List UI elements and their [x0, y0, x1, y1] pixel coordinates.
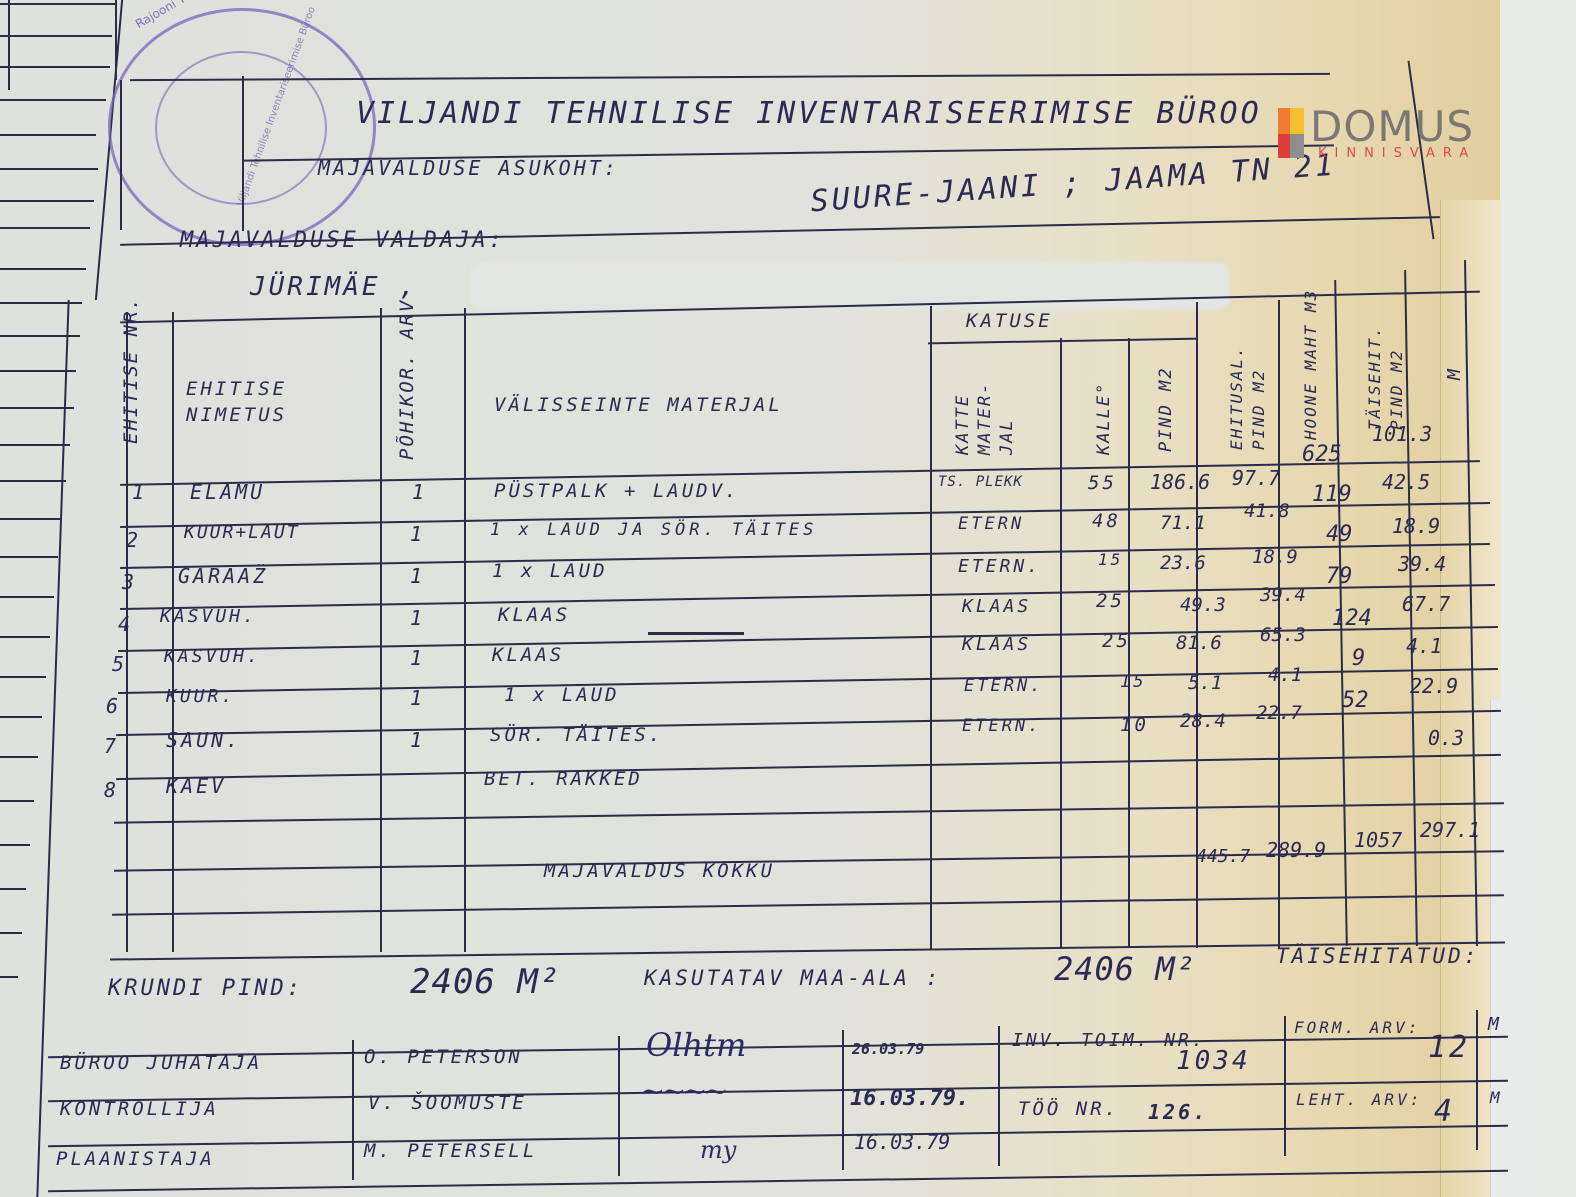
total-roof-area: 445.7	[1196, 846, 1250, 867]
usable-land-value: 2406 M²	[1054, 950, 1196, 988]
bureau-title: VILJANDI TEHNILISE INVENTARISEERIMISE BÜ…	[356, 96, 1262, 131]
cell-name: SAUN.	[166, 728, 241, 752]
cell-volume: 119	[1312, 482, 1352, 507]
header-ehitise-nimetus: EHITISE NIMETUS	[186, 376, 376, 428]
cell-roof-area: 28.4	[1180, 710, 1226, 732]
sign-date: 16.03.79	[854, 1130, 950, 1154]
cell-nr: 7	[104, 734, 119, 758]
cell-volume: 79	[1326, 564, 1353, 589]
cell-nr: 6	[106, 694, 121, 718]
inventory-value: 1034	[1176, 1046, 1251, 1076]
cell-floors: 1	[410, 522, 425, 546]
plot-label: KRUNDI PIND:	[108, 976, 303, 1001]
total-label: MAJAVALDUS KOKKU	[544, 860, 775, 882]
cell-wall: 1 x LAUD	[492, 560, 608, 582]
cell-name: ELAMU	[190, 480, 265, 504]
redacted-owner-name	[470, 262, 1230, 310]
cell-nr: 1	[132, 480, 147, 504]
cell-full-area: 101.3	[1372, 422, 1432, 446]
form-value: 12	[1428, 1030, 1470, 1065]
plastic-sleeve-edge	[1490, 700, 1531, 1197]
cell-roof: KLAAS	[962, 634, 1031, 655]
cell-name: KUUR+LAUT	[184, 522, 300, 543]
usable-land-label: KASUTATAV MAA-ALA :	[644, 966, 941, 990]
header-ehitusal-pind: EHITUSAL. PIND M2	[1226, 290, 1270, 450]
sign-date: 26.03.79	[852, 1040, 924, 1058]
cell-full-area: 39.4	[1398, 552, 1446, 576]
cell-floors: 1	[410, 646, 425, 670]
cell-wall: 1 x LAUD JA SÖR. TÄITES	[490, 520, 817, 540]
form-label: FORM. ARV:	[1294, 1018, 1420, 1037]
header-taisehit-pind: TÄISEHIT. PIND M2	[1364, 270, 1408, 430]
cell-wall: 1 x LAUD	[504, 684, 620, 706]
cell-built-area: 39.4	[1260, 584, 1306, 606]
signature: Olhtm	[646, 1026, 746, 1064]
cell-slope: 15	[1120, 672, 1146, 692]
cut-off-label-2: M	[1490, 1088, 1503, 1107]
cell-nr: 4	[118, 612, 133, 636]
role-label: PLAANISTAJA	[56, 1148, 215, 1170]
person-name: O. PETERSON	[364, 1046, 523, 1068]
cell-built-area: 22.7	[1256, 702, 1302, 724]
cell-volume: 625	[1302, 442, 1342, 467]
cut-off-label-1: M	[1488, 1014, 1502, 1035]
cell-nr: 8	[104, 778, 119, 802]
cell-name: KAEV	[166, 774, 226, 798]
cell-nr: 5	[112, 652, 127, 676]
cell-wall: SÖR. TÄITES.	[490, 724, 663, 746]
cell-floors: 1	[410, 606, 425, 630]
header-ehitise-nr: EHITISE NR.	[120, 296, 142, 444]
cell-wall: KLAAS	[492, 644, 564, 666]
header-katte-materjal: KATTE MATER-JAL	[952, 345, 1018, 455]
cell-roof-area: 5.1	[1188, 672, 1222, 694]
cell-floors: 1	[410, 564, 425, 588]
header-valisseinte-materjal: VÄLISSEINTE MATERJAL	[494, 394, 783, 416]
sheet-value: 4	[1434, 1094, 1455, 1129]
total-full-area: 297.1	[1420, 818, 1480, 842]
cell-roof: ETERN.	[962, 716, 1041, 736]
header-kalle: KALLE°	[1094, 382, 1114, 455]
cell-name: GARAAŽ	[178, 564, 268, 588]
cell-nr: 2	[126, 528, 141, 552]
person-name: V. ŠOOMUSTE	[368, 1092, 527, 1114]
cell-floors: 1	[412, 480, 427, 504]
cell-volume: 52	[1342, 688, 1369, 713]
cell-full-area: 67.7	[1402, 592, 1450, 616]
cell-name: KASVUH.	[164, 646, 261, 667]
cell-full-area: 42.5	[1382, 470, 1430, 494]
cell-roof-area: 71.1	[1160, 512, 1206, 534]
header-pohikor-arv: PÕHIKOR. ARV	[396, 299, 418, 460]
cell-full-area: 0.3	[1428, 726, 1464, 750]
header-katuse: KATUSE	[966, 310, 1053, 332]
cell-roof-area: 186.6	[1150, 470, 1210, 494]
signature: my	[700, 1136, 736, 1164]
cell-roof-area: 23.6	[1160, 552, 1206, 574]
cell-slope: 55	[1088, 472, 1117, 494]
cell-wall: KLAAS	[498, 604, 570, 626]
cell-full-area: 4.1	[1406, 634, 1442, 658]
cell-slope: 10	[1120, 714, 1149, 736]
domus-kinnisvara-logo: DOMUS KINNISVARA	[1278, 108, 1518, 164]
cell-slope: 25	[1096, 590, 1125, 612]
cell-built-area: 18.9	[1252, 546, 1298, 568]
cell-name: KUUR.	[166, 686, 235, 707]
logo-brand-text: DOMUS	[1310, 102, 1474, 151]
cell-built-area: 4.1	[1268, 664, 1302, 686]
sign-date: 16.03.79.	[850, 1086, 969, 1111]
built-up-label: TÄISEHITATUD:	[1276, 944, 1479, 968]
location-label: MAJAVALDUSE ASUKOHT:	[318, 156, 619, 180]
cell-roof: ETERN.	[964, 676, 1043, 696]
cell-slope: 15	[1098, 550, 1123, 569]
sheet-label: LEHT. ARV:	[1296, 1090, 1422, 1109]
total-built-area: 289.9	[1266, 838, 1326, 862]
header-cut-off: M	[1444, 367, 1465, 380]
header-hoone-maht: HOONE MAHT M3	[1300, 280, 1322, 440]
role-label: KONTROLLIJA	[60, 1098, 219, 1120]
cell-roof: KLAAS	[962, 596, 1031, 617]
cell-full-area: 18.9	[1392, 514, 1440, 538]
cell-slope: 25	[1102, 630, 1131, 652]
cell-built-area: 65.3	[1260, 624, 1306, 646]
plot-value: 2406 M²	[410, 962, 560, 1002]
cell-floors: 1	[410, 728, 425, 752]
cell-name: KASVUH.	[160, 606, 257, 627]
work-value: 126.	[1148, 1100, 1208, 1124]
cell-built-area: 97.7	[1232, 466, 1280, 490]
cell-volume: 49	[1326, 522, 1353, 547]
total-volume: 1057	[1354, 828, 1402, 852]
cell-built-area: 41.8	[1244, 500, 1290, 522]
signature: ~~~~	[640, 1074, 725, 1109]
underline-mark	[648, 632, 744, 635]
cell-roof-area: 81.6	[1176, 632, 1222, 654]
cell-wall: BET. RAKKED	[484, 768, 643, 790]
cell-roof-area: 49.3	[1180, 594, 1226, 616]
role-label: BÜROO JUHATAJA	[60, 1052, 262, 1074]
cell-roof: ETERN.	[958, 556, 1041, 577]
person-name: M. PETERSELL	[364, 1140, 537, 1162]
logo-sub-text: KINNISVARA	[1318, 146, 1476, 161]
cell-full-area: 22.9	[1410, 674, 1458, 698]
header-pind-m2: PIND M2	[1156, 366, 1176, 452]
owner-value: JÜRIMÄE ,	[250, 272, 418, 302]
cell-volume: 124	[1332, 606, 1372, 631]
cell-nr: 3	[122, 570, 137, 594]
cell-roof: TS. PLEKK	[938, 474, 1023, 490]
cell-wall: PÜSTPALK + LAUDV.	[494, 480, 739, 502]
cell-slope: 48	[1092, 510, 1121, 532]
cell-roof: ETERN	[958, 514, 1024, 534]
cell-volume: 9	[1352, 646, 1365, 671]
owner-label: MAJAVALDUSE VALDAJA:	[180, 228, 505, 253]
cell-floors: 1	[410, 686, 425, 710]
work-label: TÖÖ NR.	[1018, 1098, 1119, 1120]
